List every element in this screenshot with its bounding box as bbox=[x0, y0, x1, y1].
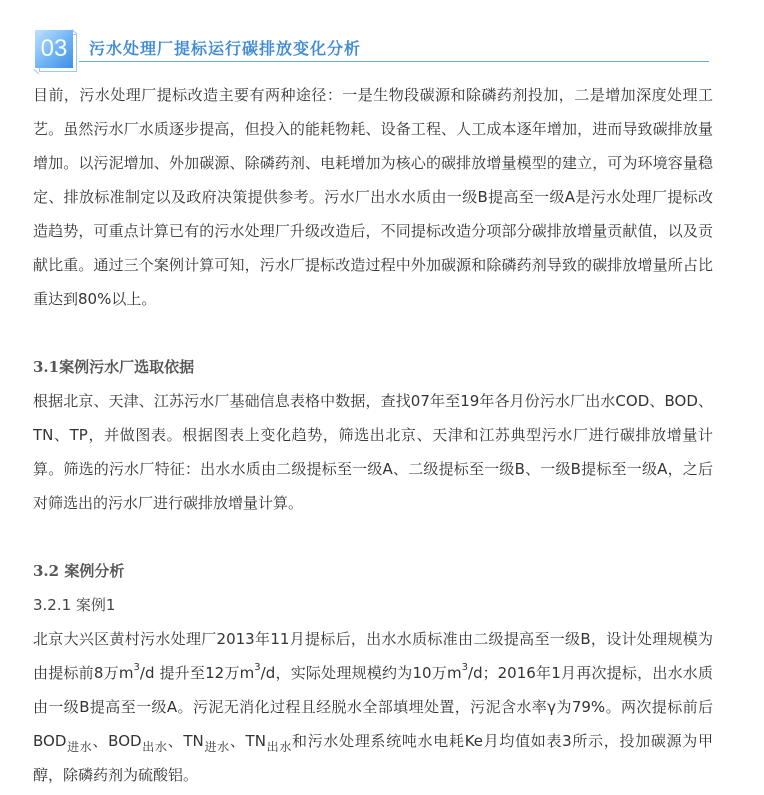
heading-3-2: 3.2 案例分析 bbox=[33, 554, 713, 588]
article-body: 目前，污水处理厂提标改造主要有两种途径：一是生物段碳源和除磷药剂投加，二是增加深… bbox=[33, 78, 713, 792]
subscript: 出水 bbox=[266, 740, 292, 754]
spacer bbox=[33, 520, 713, 554]
subscript: 出水 bbox=[142, 740, 168, 754]
text-run: 、TN bbox=[230, 732, 266, 750]
text-run: /d，实际处理规模约为10万m bbox=[261, 664, 462, 682]
intro-paragraph: 目前，污水处理厂提标改造主要有两种途径：一是生物段碳源和除磷药剂投加，二是增加深… bbox=[33, 78, 713, 316]
heading-3-1: 3.1案例污水厂选取依据 bbox=[33, 350, 713, 384]
case1-paragraph: 北京大兴区黄村污水处理厂2013年11月提标后，出水水质标准由二级提高至一级B，… bbox=[33, 622, 713, 792]
s31-paragraph: 根据北京、天津、江苏污水厂基础信息表格中数据，查找07年至19年各月份污水厂出水… bbox=[33, 384, 713, 520]
section-header: 03 污水处理厂提标运行碳排放变化分析 bbox=[33, 28, 713, 78]
section-title: 污水处理厂提标运行碳排放变化分析 bbox=[89, 36, 361, 59]
text-run: 、TN bbox=[168, 732, 204, 750]
subscript: 进水 bbox=[204, 740, 230, 754]
heading-3-2-1: 3.2.1 案例1 bbox=[33, 588, 713, 622]
text-run: /d 提升至12万m bbox=[140, 664, 254, 682]
spacer bbox=[33, 316, 713, 350]
section-number-badge: 03 bbox=[35, 30, 73, 68]
subscript: 进水 bbox=[66, 740, 92, 754]
text-run: 、BOD bbox=[92, 732, 141, 750]
title-underline bbox=[79, 61, 709, 62]
